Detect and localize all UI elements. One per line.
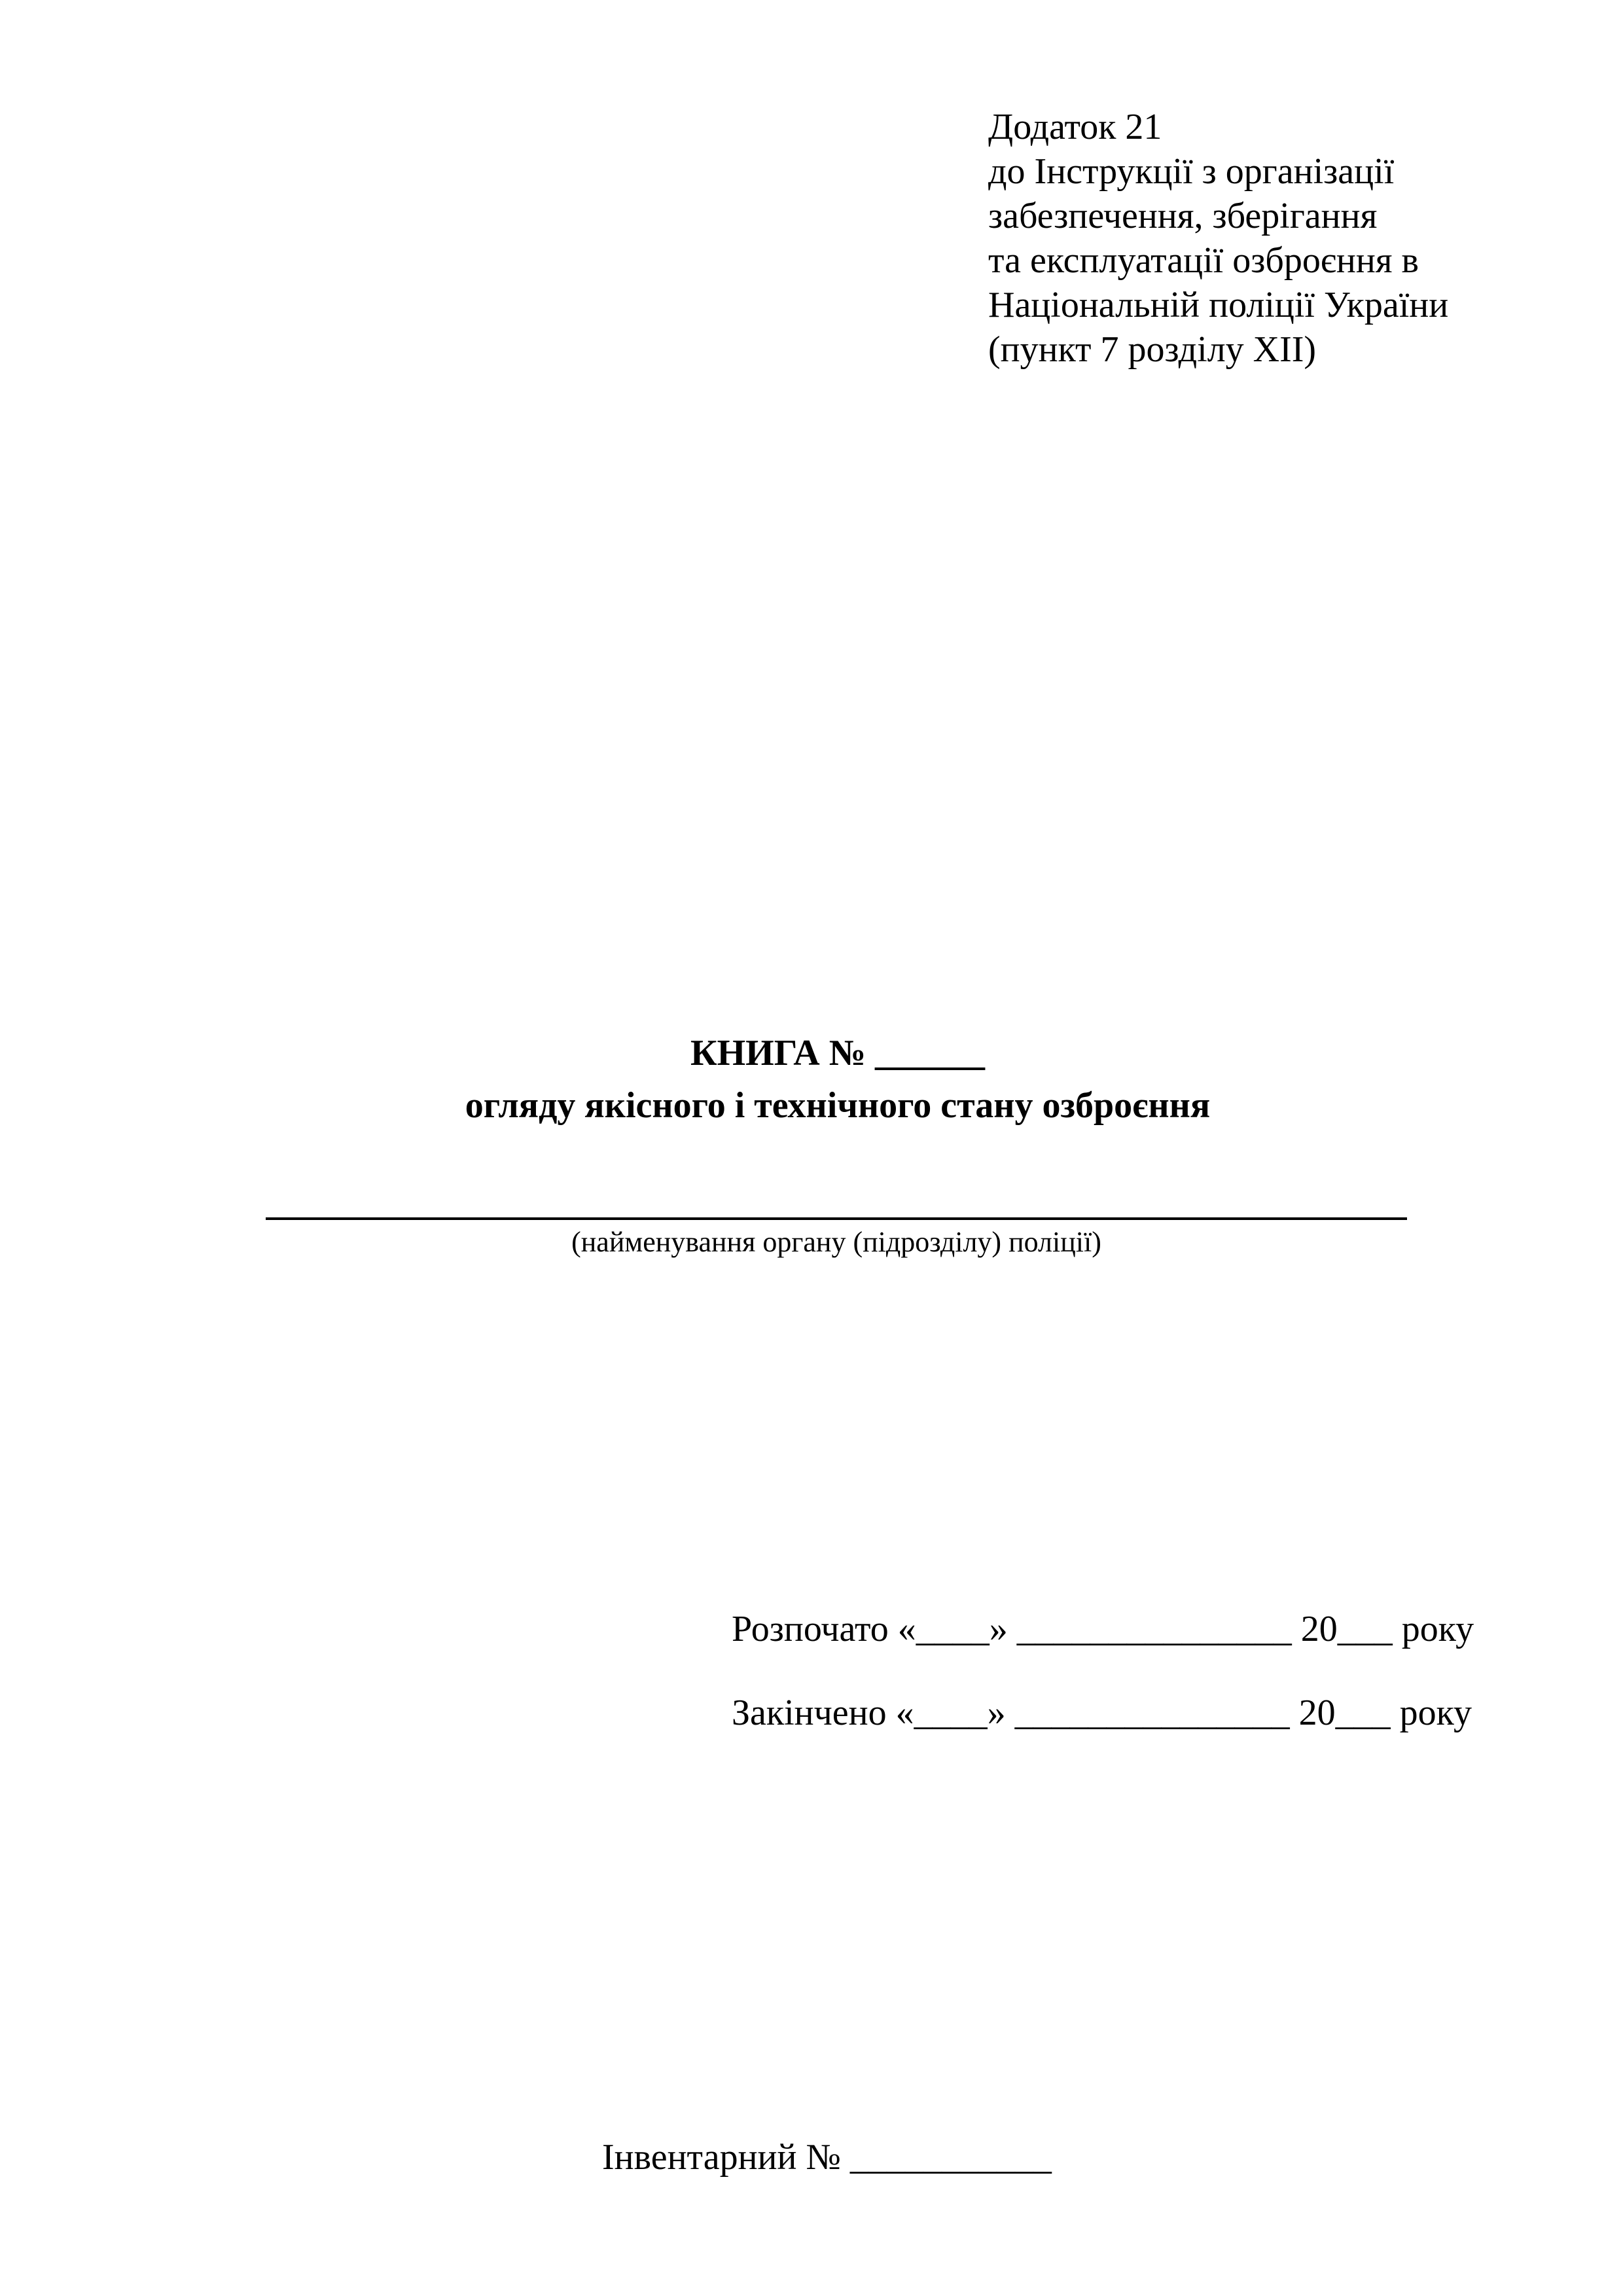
appendix-line: (пункт 7 розділу ХІІ) [988, 327, 1448, 372]
organization-name-field[interactable] [266, 1217, 1407, 1220]
start-date-line[interactable]: Розпочато «____» _______________ 20___ р… [732, 1607, 1474, 1651]
appendix-line: забезпечення, зберігання [988, 194, 1448, 238]
book-title: КНИГА № ______ [0, 1031, 1623, 1075]
appendix-line: Національній поліції України [988, 283, 1448, 327]
inventory-number-line[interactable]: Інвентарний № ___________ [602, 2135, 1052, 2179]
appendix-block: Додаток 21 до Інструкції з організації з… [988, 105, 1448, 372]
appendix-line: Додаток 21 [988, 105, 1448, 149]
appendix-line: до Інструкції з організації [988, 149, 1448, 194]
end-date-line[interactable]: Закінчено «____» _______________ 20___ р… [732, 1691, 1472, 1735]
organization-caption: (найменування органу (підрозділу) поліці… [266, 1224, 1407, 1261]
appendix-line: та експлуатації озброєння в [988, 238, 1448, 283]
book-subtitle: огляду якісного і технічного стану озбро… [0, 1083, 1623, 1128]
